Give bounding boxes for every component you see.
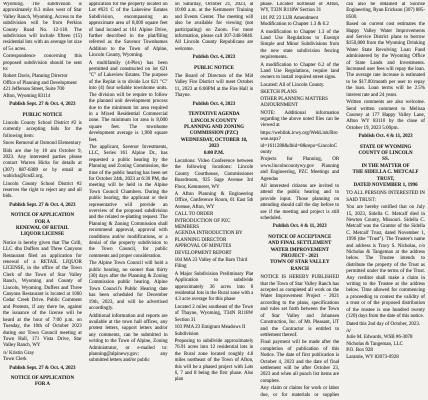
newspaper-page: Wyoming. The subdivision is approximatel…: [0, 0, 428, 400]
notice-paragraph: https://weblink.lcwy.org/WebLink/Browse.…: [260, 131, 339, 157]
notice-paragraph: Projects for Planning, OR www.lincolncou…: [260, 157, 339, 183]
publish-date-line: Publish Oct. 4, 2023: [175, 102, 254, 108]
text-column: can also be obtained at Sunrise Engineer…: [346, 2, 425, 398]
notice-heading: PUBLIC NOTICE: [175, 66, 254, 72]
notice-paragraph: Located: All of Lincoln County.: [260, 83, 339, 89]
notice-paragraph: application for the property located on …: [89, 2, 168, 60]
notice-heading: STATE OF WYOMING COUNTY OF LINCOLN SS. I…: [346, 145, 425, 190]
text-column: on Saturday, October 21, 2023, at 10:00 …: [175, 2, 254, 398]
notice-paragraph: phase. Located northeast of Afton, WY, T…: [260, 2, 339, 15]
notice-heading: TENTATIVE AGENDA LINCOLN COUNTY PLANNING…: [175, 112, 254, 157]
publish-date-line: Publish Oct. 4, 2023: [175, 55, 254, 61]
notice-paragraph: All interested citizens are invited to a…: [260, 184, 339, 222]
notice-heading: NOTICE OF ACCEPTANCE AND FINAL SETTLEMEN…: [260, 235, 339, 273]
notice-paragraph: TO ALL PERSONS INTERESTED IN SAID TRUST:: [346, 191, 425, 204]
notice-paragraph: Correspondence concerning this proposed …: [3, 54, 82, 73]
notice-paragraph: on Saturday, October 21, 2023, at 10:00 …: [175, 2, 254, 53]
notice-paragraph: A multifamily (4-Plex) has been permitte…: [89, 61, 168, 144]
notice-paragraph: Notice is hereby given that The Grill, L…: [3, 241, 82, 350]
notice-lines: SKETCH PLANS OTHER PLANNING MATTERS ADJO…: [260, 90, 339, 109]
notice-lines: /s/ Julie M. Edwards, WSB #6-3078 Nichol…: [346, 329, 425, 361]
notice-paragraph: A Afton Planning & Engineering Office, C…: [175, 192, 254, 211]
notice-paragraph: Written comments are also welcome. Send …: [346, 100, 425, 132]
notice-paragraph: A modification to Chapter 6.2 of the Lan…: [260, 63, 339, 82]
notice-paragraph: can also be obtained at Sunrise Engineer…: [346, 2, 425, 21]
text-column: Wyoming. The subdivision is approximatel…: [3, 2, 82, 398]
notice-paragraph: Final payment will be made after the com…: [260, 340, 339, 385]
notice-paragraph: Proposing to subdivide approximately 76.…: [175, 339, 254, 384]
notice-paragraph: Bids are due by 10 am October 9, 2023. A…: [3, 149, 82, 181]
notice-heading: NOTICE OF APPLICATION FOR A RENEWAL OF R…: [3, 213, 82, 239]
notice-paragraph: The applicant, Savenor Investments, LLC,…: [89, 145, 168, 260]
notice-paragraph: A Major Subdivision Preliminary Plat App…: [175, 272, 254, 304]
notice-lines: Snow Removal at Osmond Elementary: [3, 141, 82, 147]
notice-lines: 104 MA 23 Valley of the Barn Third Filin…: [175, 258, 254, 271]
publish-date-line: Publish Sept. 27 & Oct. 4, 2023: [3, 102, 82, 108]
notice-paragraph: Lincoln County School District #2 reserv…: [3, 182, 82, 201]
notice-paragraph: Lincoln County School District #2 is cur…: [3, 121, 82, 140]
notice-paragraph: Additional information and reports are a…: [89, 314, 168, 365]
text-column: phase. Located northeast of Afton, WY, T…: [260, 2, 339, 398]
notice-paragraph: You are hereby notified that on July 15,…: [346, 205, 425, 320]
notice-paragraph: Located 2 miles southeast of the Town of…: [175, 305, 254, 324]
publish-date-line: Publish Sept. 27 & Oct. 4, 2023: [3, 366, 82, 372]
notice-paragraph: Based on current cost estimates the Happ…: [346, 22, 425, 99]
notice-heading: NOTICE OF APPLICATION FOR A: [3, 376, 82, 389]
notice-paragraph: NOTE: Additional information regarding t…: [260, 111, 339, 130]
notice-paragraph: Dated this 2nd day of October, 2023.: [346, 322, 425, 328]
publish-date-line: Publish Sept. 27 & Oct. 4, 2023: [3, 203, 82, 209]
notice-lines: CALL TO ORDER INTRODUCTION OF PZC MEMBER…: [175, 212, 254, 257]
text-column: application for the property located on …: [89, 2, 168, 398]
notice-lines: /s/ Kristin Gray Town Clerk: [3, 351, 82, 364]
notice-paragraph: Any claim or claims for work or labor du…: [260, 386, 339, 398]
notice-paragraph: Locations: Video Conference between the …: [175, 159, 254, 191]
publish-date-line: Publish Oct. 4 & 11, 2023: [260, 224, 339, 230]
notice-lines: 103 PMA 23 Emigrant Meadows II Subdivisi…: [175, 325, 254, 338]
notice-heading: PUBLIC NOTICE: [3, 113, 82, 119]
notice-lines: Robert Davis, Planning Director Office o…: [3, 74, 82, 100]
notice-paragraph: A modification to Chapter 1.3 of the Lan…: [260, 30, 339, 62]
notice-paragraph: Wyoming. The subdivision is approximatel…: [3, 2, 82, 53]
notice-lines: 101 PZ 23 LUR Amendment Modification to …: [260, 16, 339, 29]
notice-paragraph: The Board of Directors of the Mid Valley…: [175, 74, 254, 100]
notice-paragraph: The Alpine Town Council will hold a publ…: [89, 261, 168, 312]
publish-date-line: Publish Oct. 4 & 11, 2023: [346, 134, 425, 140]
notice-paragraph: NOTICE IS HEREBY PUBLISHED that the Town…: [260, 275, 339, 339]
